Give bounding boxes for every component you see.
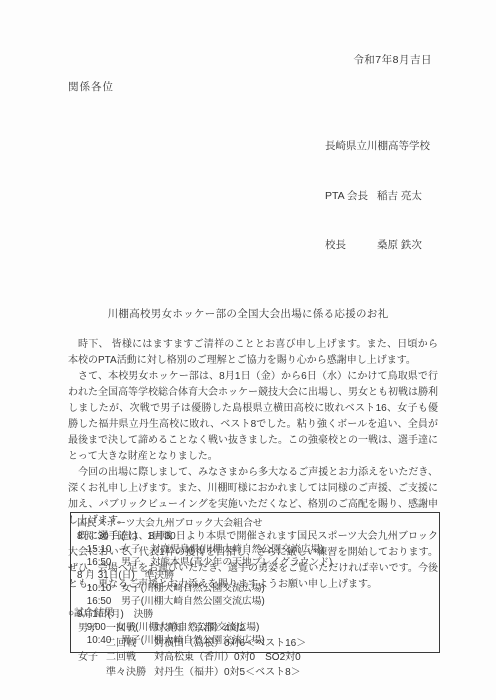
schedule-line: 8 月 30 日(土) 1回戦 — [77, 530, 433, 543]
table-row: 準々決勝 対丹生（福井）0対5＜ベスト8＞ — [68, 666, 438, 681]
sender-pta-name: 稲吉 亮太 — [377, 190, 422, 202]
schedule-line: 15:10 女子 対鹿児島県(川棚大崎自然公園交流広場) — [77, 543, 433, 556]
sender-school: 長崎県立川棚高等学校 — [325, 138, 496, 155]
letter-date: 令和7年8月吉日 — [0, 52, 496, 67]
sender-principal-name: 桑原 鉄次 — [377, 239, 422, 251]
schedule-line: 16:50 男子(川棚大崎自然公園交流広場) — [77, 595, 433, 608]
paragraph-tournament-report: さて、本校男女ホッケー部は、8月1日（金）から6日（水）にかけて鳥取県で行われた… — [68, 369, 438, 465]
schedule-line: 10:10 女子(川棚大崎自然公園交流広場) — [77, 582, 433, 595]
paragraph-greeting: 時下、 皆様にはますますご清祥のこととお喜び申し上げます。また、日頃から本校のP… — [68, 337, 438, 369]
result-score: 対高松東（香川）0対0 SO2対0 — [154, 651, 438, 666]
result-team — [78, 666, 106, 681]
schedule-box: 国民スポーツ大会九州ブロック大会組合せ 8 月 30 日(土) 1回戦 15:1… — [70, 512, 440, 653]
addressee: 関係各位 — [0, 79, 496, 94]
sender-principal-role: 校長 — [325, 237, 377, 254]
sender-pta-role: PTA 会長 — [325, 188, 377, 205]
schedule-line: 16:50 男子 対熊本県(青少年の天地プレイグラウンド) — [77, 556, 433, 569]
schedule-line: 9月1日(月) 決勝 — [77, 608, 433, 621]
table-row: 女子 二回戦 対高松東（香川）0対0 SO2対0 — [68, 651, 438, 666]
result-round: 二回戦 — [106, 651, 154, 666]
sender-principal-line: 校長桑原 鉄次 — [325, 237, 496, 254]
schedule-line: 10:40 男子(川棚大崎自然公園交流広場) — [77, 634, 433, 647]
schedule-line: 9:00 女子(川棚大崎自然公園交流広場) — [77, 621, 433, 634]
schedule-line: 8 月 31日(日) 準決勝 — [77, 569, 433, 582]
sender-pta-line: PTA 会長稲吉 亮太 — [325, 188, 496, 205]
result-round: 準々決勝 — [106, 666, 154, 681]
letter-page: 令和7年8月吉日 関係各位 長崎県立川棚高等学校 PTA 会長稲吉 亮太 校長桑… — [0, 0, 496, 700]
letter-title: 川棚高校男女ホッケー部の全国大会出場に係る応援のお礼 — [0, 306, 496, 321]
sender-block: 長崎県立川棚高等学校 PTA 会長稲吉 亮太 校長桑原 鉄次 — [0, 105, 496, 287]
result-score: 対丹生（福井）0対5＜ベスト8＞ — [154, 666, 438, 681]
schedule-title: 国民スポーツ大会九州ブロック大会組合せ — [77, 517, 433, 530]
result-team: 女子 — [78, 651, 106, 666]
